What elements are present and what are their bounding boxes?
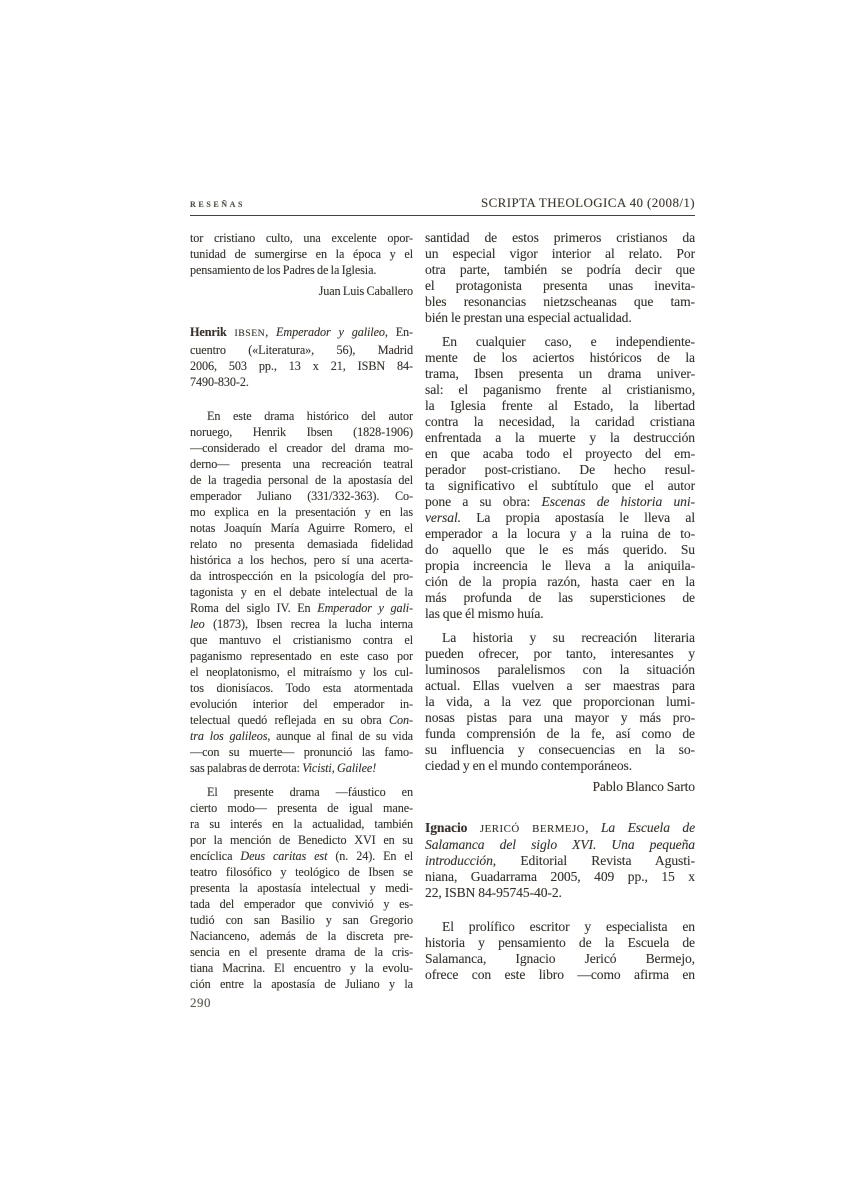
text-line: niana, Guadarrama 2005, 409 pp., 15 x	[425, 869, 695, 885]
text-line: en que acaba todo el proyecto del em-	[425, 446, 695, 462]
text-line: El presente drama —fáustico en	[190, 784, 413, 800]
review-paragraph: La historia y su recreación literariapue…	[425, 630, 695, 774]
text-line: Juan Luis Caballero	[190, 283, 413, 299]
text-line: cierto modo— presenta de igual mane-	[190, 800, 413, 816]
text-line: ción entre la apostasía de Juliano y la	[190, 976, 413, 992]
text-line: que mantuvo el cristianismo contra el	[190, 632, 413, 648]
text-line: teatro filosófico y teológico de Ibsen s…	[190, 864, 413, 880]
text-line: ofrece con este libro —como afirma en	[425, 967, 695, 983]
text-line: encíclica Deus caritas est (n. 24). En e…	[190, 848, 413, 864]
text-line: tunidad de sumergirse en la época y el	[190, 246, 413, 262]
text-line: actual. Ellas vuelven a ser maestras par…	[425, 678, 695, 694]
text-line: emperador a la locura y a la ruina de to…	[425, 526, 695, 542]
text-line: introducción, Editorial Revista Agusti-	[425, 853, 695, 869]
review-paragraph: El presente drama —fáustico encierto mod…	[190, 784, 413, 992]
text-line: su influencia y consecuencias en la so-	[425, 742, 695, 758]
left-column: tor cristiano culto, una excelente opor-…	[190, 230, 413, 992]
review-paragraph: tor cristiano culto, una excelente opor-…	[190, 230, 413, 278]
text-line: por la mención de Benedicto XVI en su	[190, 832, 413, 848]
text-line: historia y pensamiento de la Escuela de	[425, 935, 695, 951]
text-line: ción de la propia razón, hasta caer en l…	[425, 574, 695, 590]
text-line: El prolífico escritor y especialista en	[425, 919, 695, 935]
text-line: sencia en el presente drama de la cris-	[190, 944, 413, 960]
text-line: leo (1873), Ibsen recrea la lucha intern…	[190, 616, 413, 632]
page-number: 290	[190, 995, 211, 1011]
text-line: presenta la apostasía intelectual y medi…	[190, 880, 413, 896]
text-line: pensamiento de los Padres de la Iglesia.	[190, 262, 413, 278]
text-line: mo explica en la presentación y en las	[190, 504, 413, 520]
running-head-section: RESEÑAS	[190, 200, 245, 209]
text-line: ciedad y en el mundo contemporáneos.	[425, 758, 695, 774]
text-line: tada del emperador que convivió y es-	[190, 896, 413, 912]
text-line: ra su interés en la actualidad, también	[190, 816, 413, 832]
review-paragraph: En este drama histórico del autornoruego…	[190, 408, 413, 776]
text-line: Nacianceno, además de la discreta pre-	[190, 928, 413, 944]
text-line: nosas pistas para una mayor y más pro-	[425, 710, 695, 726]
text-line: luminosos paralelismos con la situación	[425, 662, 695, 678]
text-line: enfrentada a la muerte y la destrucción	[425, 430, 695, 446]
text-line: 7490-830-2.	[190, 374, 413, 390]
text-line: La historia y su recreación literaria	[425, 630, 695, 646]
text-line: más profunda de las supersticiones de	[425, 590, 695, 606]
text-line: —con su muerte— pronunció las famo-	[190, 744, 413, 760]
text-line: un especial vigor interior al relato. Po…	[425, 246, 695, 262]
text-line: notas Joaquín María Aguirre Romero, el	[190, 520, 413, 536]
text-line: tra los galileos, aunque al final de su …	[190, 728, 413, 744]
text-line: En este drama histórico del autor	[190, 408, 413, 424]
text-line: pueden ofrecer, por tanto, interesantes …	[425, 646, 695, 662]
text-line: versal. La propia apostasía le lleva al	[425, 510, 695, 526]
text-line: perador post-cristiano. De hecho resul-	[425, 462, 695, 478]
book-citation: Henrik IBSEN, Emperador y galileo, En-cu…	[190, 324, 413, 390]
text-line: Ignacio JERICÓ BERMEJO, La Escuela de	[425, 820, 695, 837]
text-line: do aquello que le es más querido. Su	[425, 542, 695, 558]
reviewer-signature: Juan Luis Caballero	[190, 283, 413, 299]
text-line: Roma del siglo IV. En Emperador y gali-	[190, 600, 413, 616]
scanned-journal-page: { "header": { "left": "RESEÑAS", "right"…	[0, 0, 848, 1200]
text-line: Salamanca, Ignacio Jericó Bermejo,	[425, 951, 695, 967]
reviewer-signature: Pablo Blanco Sarto	[425, 779, 695, 795]
text-line: bién le prestan una especial actualidad.	[425, 310, 695, 326]
text-line: 22, ISBN 84-95745-40-2.	[425, 885, 695, 901]
text-line: propia increencia le lleva a la aniquila…	[425, 558, 695, 574]
text-line: otra parte, también se podría decir que	[425, 262, 695, 278]
text-line: sal: el paganismo frente al cristianismo…	[425, 382, 695, 398]
text-line: pone a su obra: Escenas de historia uni-	[425, 494, 695, 510]
text-line: derno— presenta una recreación teatral	[190, 456, 413, 472]
text-line: el neoplatonismo, el mitraísmo y los cul…	[190, 664, 413, 680]
page-header: RESEÑAS SCRIPTA THEOLOGICA 40 (2008/1)	[190, 195, 695, 216]
text-line: —considerado el creador del drama mo-	[190, 440, 413, 456]
text-line: tos dionisíacos. Todo esta atormentada	[190, 680, 413, 696]
text-line: emperador Juliano (331/332-363). Co-	[190, 488, 413, 504]
text-line: la Iglesia frente al Estado, la libertad	[425, 398, 695, 414]
text-line: da introspección en la psicología del pr…	[190, 568, 413, 584]
text-line: tiana Macrina. El encuentro y la evolu-	[190, 960, 413, 976]
review-paragraph: santidad de estos primeros cristianos da…	[425, 230, 695, 326]
text-line: de la tragedia personal de la apostasía …	[190, 472, 413, 488]
text-line: tor cristiano culto, una excelente opor-	[190, 230, 413, 246]
text-line: mente de los aciertos históricos de la	[425, 350, 695, 366]
text-line: funda comprensión de la fe, así como de	[425, 726, 695, 742]
text-line: telectual quedó reflejada en su obra Con…	[190, 712, 413, 728]
text-line: tagonista y en el debate intelectual de …	[190, 584, 413, 600]
text-line: histórica a los hechos, pero sí una acer…	[190, 552, 413, 568]
text-line: En cualquier caso, e independiente-	[425, 334, 695, 350]
text-line: santidad de estos primeros cristianos da	[425, 230, 695, 246]
text-line: contra la necesidad, la caridad cristian…	[425, 414, 695, 430]
text-line: la vida, a la vez que proporcionan lumi-	[425, 694, 695, 710]
book-citation: Ignacio JERICÓ BERMEJO, La Escuela deSal…	[425, 820, 695, 901]
running-head-journal: SCRIPTA THEOLOGICA 40 (2008/1)	[481, 195, 695, 211]
review-paragraph: En cualquier caso, e independiente-mente…	[425, 334, 695, 622]
text-line: Pablo Blanco Sarto	[425, 779, 695, 795]
text-line: las que él mismo huía.	[425, 606, 695, 622]
text-line: paganismo representado en este caso por	[190, 648, 413, 664]
text-line: tudió con san Basilio y san Gregorio	[190, 912, 413, 928]
text-line: bles resonancias nietzscheanas que tam-	[425, 294, 695, 310]
text-line: relato no presenta demasiada fidelidad	[190, 536, 413, 552]
text-line: evolución interior del emperador in-	[190, 696, 413, 712]
text-line: Henrik IBSEN, Emperador y galileo, En-	[190, 324, 413, 342]
text-line: sas palabras de derrota: Vicisti, Galile…	[190, 760, 413, 776]
review-paragraph: El prolífico escritor y especialista enh…	[425, 919, 695, 983]
text-line: 2006, 503 pp., 13 x 21, ISBN 84-	[190, 358, 413, 374]
text-line: trama, Ibsen presenta un drama univer-	[425, 366, 695, 382]
text-columns: tor cristiano culto, una excelente opor-…	[190, 230, 695, 992]
text-line: Salamanca del siglo XVI. Una pequeña	[425, 837, 695, 853]
text-line: el protagonista presenta unas inevita-	[425, 278, 695, 294]
text-line: cuentro («Literatura», 56), Madrid	[190, 342, 413, 358]
right-column: santidad de estos primeros cristianos da…	[425, 230, 695, 992]
text-line: noruego, Henrik Ibsen (1828-1906)	[190, 424, 413, 440]
text-line: ta significativo el subtítulo que el aut…	[425, 478, 695, 494]
